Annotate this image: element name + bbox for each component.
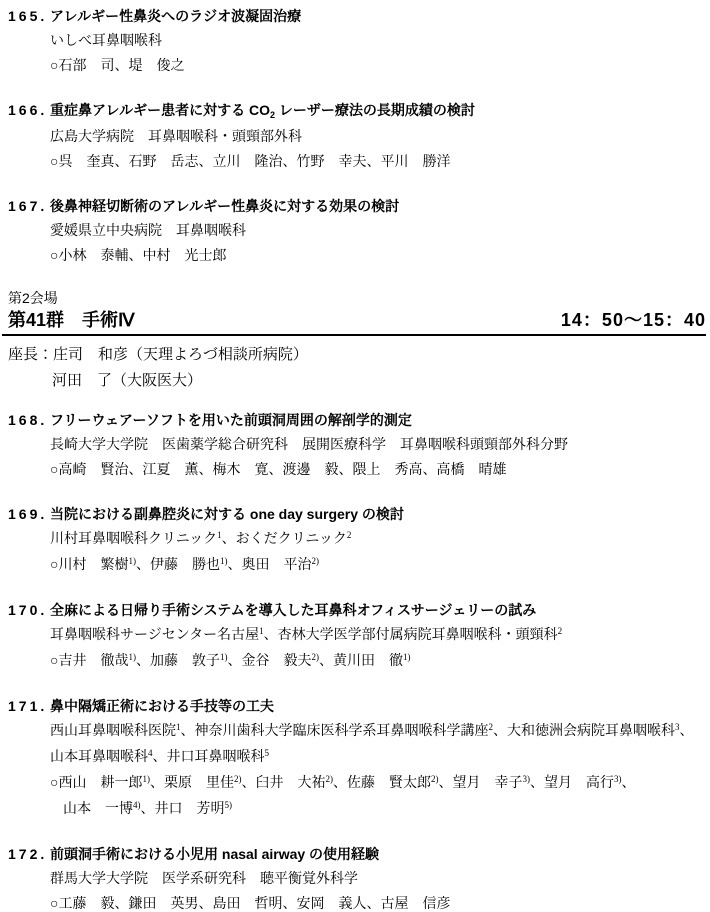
text-segment: ○高崎 賢治、江夏 薫、梅木 寛、渡邊 毅、隈上 秀高、高橋 晴雄 (50, 463, 506, 478)
entry-affiliation-line: 川村耳鼻咽喉科クリニック1、おくだクリニック2 (8, 527, 706, 553)
entry-authors-line: ○呉 奎真、石野 岳志、立川 隆治、竹野 幸夫、平川 勝洋 (8, 150, 706, 175)
program-entry-170: 170.全麻による日帰り手術システムを導入した耳鼻科オフィスサージェリーの試み耳… (8, 598, 706, 675)
text-segment: ○吉井 徹哉 (50, 654, 128, 669)
affiliation-marker: 1) (128, 556, 136, 566)
affiliation-marker: 1) (128, 652, 136, 662)
text-segment: 、おくだクリニック (222, 532, 347, 547)
affiliation-marker: 2) (234, 774, 242, 784)
program-entry-166: 166.重症鼻アレルギー患者に対する CO2 レーザー療法の長期成績の検討広島大… (8, 98, 706, 175)
session-chairs: 座長：庄司 和彦（天理よろづ相談所病院） 河田 了（大阪医大） (8, 342, 706, 394)
entry-number: 170. (8, 598, 50, 623)
text-segment: 後鼻神経切断術のアレルギー性鼻炎に対する効果の検討 (50, 198, 399, 214)
text-segment: 、神奈川歯科大学臨床医科学系耳鼻咽喉科学講座 (181, 724, 489, 739)
entry-authors-cont-line: 山本 一博4)、井口 芳明5) (8, 797, 706, 823)
session-group-title: 第41群 手術Ⅳ (8, 308, 135, 332)
affiliation-marker: 1 (176, 722, 181, 732)
entry-title: 169.当院における副鼻腔炎に対する one day surgery の検討 (8, 502, 706, 527)
text-segment: 、望月 幸子 (438, 776, 522, 791)
affiliation-marker: 2 (347, 530, 352, 540)
entry-number: 172. (8, 842, 50, 867)
entry-title-text: 重症鼻アレルギー患者に対する CO2 レーザー療法の長期成績の検討 (50, 98, 475, 125)
affiliation-marker: 1) (220, 652, 228, 662)
affiliation-marker: 2) (311, 652, 319, 662)
entry-affiliation-line: 群馬大学大学院 医学系研究科 聴平衡覚外科学 (8, 867, 706, 892)
chair-line-1: 座長：庄司 和彦（天理よろづ相談所病院） (8, 342, 706, 368)
program-entry-168: 168.フリーウェアーソフトを用いた前頭洞周囲の解剖学的測定長崎大学大学院 医歯… (8, 408, 706, 483)
affiliation-marker: 1) (142, 774, 150, 784)
entry-title-text: アレルギー性鼻炎へのラジオ波凝固治療 (50, 4, 301, 29)
entry-number: 165. (8, 4, 50, 29)
text-segment: 愛媛県立中央病院 耳鼻咽喉科 (50, 224, 246, 239)
session-header: 第2会場 第41群 手術Ⅳ 14：50～15：40 座長：庄司 和彦（天理よろづ… (8, 288, 706, 394)
entry-title: 167.後鼻神経切断術のアレルギー性鼻炎に対する効果の検討 (8, 194, 706, 219)
affiliation-marker: 4 (148, 748, 153, 758)
entry-number: 166. (8, 98, 50, 125)
program-entry-167: 167.後鼻神経切断術のアレルギー性鼻炎に対する効果の検討愛媛県立中央病院 耳鼻… (8, 194, 706, 269)
text-segment: ○工藤 毅、鎌田 英男、島田 哲明、安岡 義人、古屋 信彦 (50, 897, 450, 912)
affiliation-marker: 3) (614, 774, 622, 784)
text-segment: 鼻中隔矯正術における手技等の工夫 (50, 698, 274, 714)
entry-authors-line: ○吉井 徹哉1)、加藤 敦子1)、金谷 毅夫2)、黄川田 徹1) (8, 649, 706, 675)
text-segment: 、栗原 里佳 (150, 776, 234, 791)
text-segment: いしべ耳鼻咽喉科 (50, 34, 162, 49)
entry-number: 171. (8, 694, 50, 719)
entry-authors-line: ○高崎 賢治、江夏 薫、梅木 寛、渡邊 毅、隈上 秀高、高橋 晴雄 (8, 458, 706, 483)
entry-authors-line: ○石部 司、堤 俊之 (8, 54, 706, 79)
text-segment: アレルギー性鼻炎へのラジオ波凝固治療 (50, 8, 301, 24)
entry-affiliation-line: 愛媛県立中央病院 耳鼻咽喉科 (8, 219, 706, 244)
text-segment: 、井口 芳明 (141, 802, 225, 817)
session-time-range: 14：50～15：40 (561, 308, 706, 332)
text-segment: 前頭洞手術における小児用 nasal airway の使用経験 (50, 846, 379, 862)
text-segment: 、伊藤 勝也 (136, 558, 220, 573)
affiliation-marker: 1) (403, 652, 411, 662)
entry-number: 168. (8, 408, 50, 433)
entry-title-text: 前頭洞手術における小児用 nasal airway の使用経験 (50, 842, 379, 867)
entry-title-text: フリーウェアーソフトを用いた前頭洞周囲の解剖学的測定 (50, 408, 412, 433)
affiliation-marker: 5) (225, 800, 233, 810)
affiliation-marker: 3 (675, 722, 680, 732)
text-segment: 当院における副鼻腔炎に対する one day surgery の検討 (50, 506, 404, 522)
text-segment: 、 (680, 724, 694, 739)
affiliation-marker: 2 (489, 722, 494, 732)
text-segment: ○小林 泰輔、中村 光士郎 (50, 249, 226, 264)
entry-affiliation-line: 広島大学病院 耳鼻咽喉科・頭頸部外科 (8, 125, 706, 150)
session-group-row: 第41群 手術Ⅳ 14：50～15：40 (2, 308, 706, 336)
affiliation-marker: 4) (133, 800, 141, 810)
text-segment: 、杏林大学医学部付属病院耳鼻咽喉科・頭頸科 (264, 628, 558, 643)
entry-authors-line: ○小林 泰輔、中村 光士郎 (8, 244, 706, 269)
entry-affiliation-line: 耳鼻咽喉科サージセンター名古屋1、杏林大学医学部付属病院耳鼻咽喉科・頭頸科2 (8, 623, 706, 649)
entry-number: 167. (8, 194, 50, 219)
text-segment: 、金谷 毅夫 (227, 654, 311, 669)
affiliation-marker: 5 (265, 748, 270, 758)
entry-title-text: 当院における副鼻腔炎に対する one day surgery の検討 (50, 502, 404, 527)
entry-title: 171.鼻中隔矯正術における手技等の工夫 (8, 694, 706, 719)
entry-authors-line: ○川村 繁樹1)、伊藤 勝也1)、奥田 平治2) (8, 553, 706, 579)
program-list-session: 168.フリーウェアーソフトを用いた前頭洞周囲の解剖学的測定長崎大学大学院 医歯… (8, 408, 706, 912)
program-entry-165: 165.アレルギー性鼻炎へのラジオ波凝固治療いしべ耳鼻咽喉科○石部 司、堤 俊之 (8, 4, 706, 79)
entry-title-text: 全麻による日帰り手術システムを導入した耳鼻科オフィスサージェリーの試み (50, 598, 536, 623)
text-segment: 群馬大学大学院 医学系研究科 聴平衡覚外科学 (50, 872, 358, 887)
text-segment: 広島大学病院 耳鼻咽喉科・頭頸部外科 (50, 130, 302, 145)
text-segment: ○西山 耕一郎 (50, 776, 142, 791)
venue-label: 第2会場 (8, 288, 706, 308)
affiliation-marker: 2) (431, 774, 439, 784)
text-segment: フリーウェアーソフトを用いた前頭洞周囲の解剖学的測定 (50, 412, 412, 428)
text-segment: 、 (621, 776, 635, 791)
entry-authors-line: ○工藤 毅、鎌田 英男、島田 哲明、安岡 義人、古屋 信彦 (8, 892, 706, 912)
affiliation-marker: 1 (259, 626, 264, 636)
program-entry-169: 169.当院における副鼻腔炎に対する one day surgery の検討川村… (8, 502, 706, 579)
affiliation-marker: 2) (311, 556, 319, 566)
text-segment: 西山耳鼻咽喉科医院 (50, 724, 176, 739)
text-segment: 、黄川田 徹 (319, 654, 403, 669)
entry-affiliation-line: いしべ耳鼻咽喉科 (8, 29, 706, 54)
text-segment: 、佐藤 賢太郎 (333, 776, 431, 791)
entry-affiliation-line: 長崎大学大学院 医歯薬学総合研究科 展開医療科学 耳鼻咽喉科頭頸部外科分野 (8, 433, 706, 458)
entry-title: 172.前頭洞手術における小児用 nasal airway の使用経験 (8, 842, 706, 867)
text-segment: 川村耳鼻咽喉科クリニック (50, 532, 217, 547)
text-segment: 山本耳鼻咽喉科 (50, 750, 148, 765)
program-list-top: 165.アレルギー性鼻炎へのラジオ波凝固治療いしべ耳鼻咽喉科○石部 司、堤 俊之… (8, 4, 706, 269)
entry-affiliation-cont-line: 山本耳鼻咽喉科4、井口耳鼻咽喉科5 (8, 745, 706, 771)
text-segment: 、加藤 敦子 (136, 654, 220, 669)
entry-number: 169. (8, 502, 50, 527)
text-segment: 、望月 高行 (530, 776, 614, 791)
entry-affiliation-line: 西山耳鼻咽喉科医院1、神奈川歯科大学臨床医科学系耳鼻咽喉科学講座2、大和徳洲会病… (8, 719, 706, 745)
subscript-text: 2 (270, 110, 275, 120)
affiliation-marker: 2 (558, 626, 563, 636)
text-segment: ○石部 司、堤 俊之 (50, 59, 184, 74)
text-segment: ○呉 奎真、石野 岳志、立川 隆治、竹野 幸夫、平川 勝洋 (50, 155, 450, 170)
affiliation-marker: 1) (220, 556, 228, 566)
chair-line-2: 河田 了（大阪医大） (8, 368, 706, 394)
entry-title: 166.重症鼻アレルギー患者に対する CO2 レーザー療法の長期成績の検討 (8, 98, 706, 125)
affiliation-marker: 3) (522, 774, 530, 784)
entry-title: 170.全麻による日帰り手術システムを導入した耳鼻科オフィスサージェリーの試み (8, 598, 706, 623)
text-segment: 、臼井 大祐 (241, 776, 325, 791)
text-segment: 、奥田 平治 (227, 558, 311, 573)
program-entry-171: 171.鼻中隔矯正術における手技等の工夫西山耳鼻咽喉科医院1、神奈川歯科大学臨床… (8, 694, 706, 823)
text-segment: 全麻による日帰り手術システムを導入した耳鼻科オフィスサージェリーの試み (50, 602, 536, 618)
text-segment: 山本 一博 (63, 802, 133, 817)
affiliation-marker: 2) (325, 774, 333, 784)
text-segment: 、井口耳鼻咽喉科 (153, 750, 265, 765)
entry-title: 165.アレルギー性鼻炎へのラジオ波凝固治療 (8, 4, 706, 29)
text-segment: 長崎大学大学院 医歯薬学総合研究科 展開医療科学 耳鼻咽喉科頭頸部外科分野 (50, 438, 568, 453)
entry-title-text: 後鼻神経切断術のアレルギー性鼻炎に対する効果の検討 (50, 194, 399, 219)
text-segment: 耳鼻咽喉科サージセンター名古屋 (50, 628, 259, 643)
text-segment: レーザー療法の長期成績の検討 (275, 102, 475, 118)
entry-authors-line: ○西山 耕一郎1)、栗原 里佳2)、臼井 大祐2)、佐藤 賢太郎2)、望月 幸子… (8, 771, 706, 797)
affiliation-marker: 1 (217, 530, 222, 540)
conference-program-page: { "page": { "background": "#ffffff", "te… (0, 0, 710, 912)
text-segment: 、大和徳洲会病院耳鼻咽喉科 (493, 724, 675, 739)
text-segment: ○川村 繁樹 (50, 558, 128, 573)
text-segment: 重症鼻アレルギー患者に対する CO (50, 102, 270, 118)
program-entry-172: 172.前頭洞手術における小児用 nasal airway の使用経験群馬大学大… (8, 842, 706, 912)
entry-title: 168.フリーウェアーソフトを用いた前頭洞周囲の解剖学的測定 (8, 408, 706, 433)
entry-title-text: 鼻中隔矯正術における手技等の工夫 (50, 694, 274, 719)
